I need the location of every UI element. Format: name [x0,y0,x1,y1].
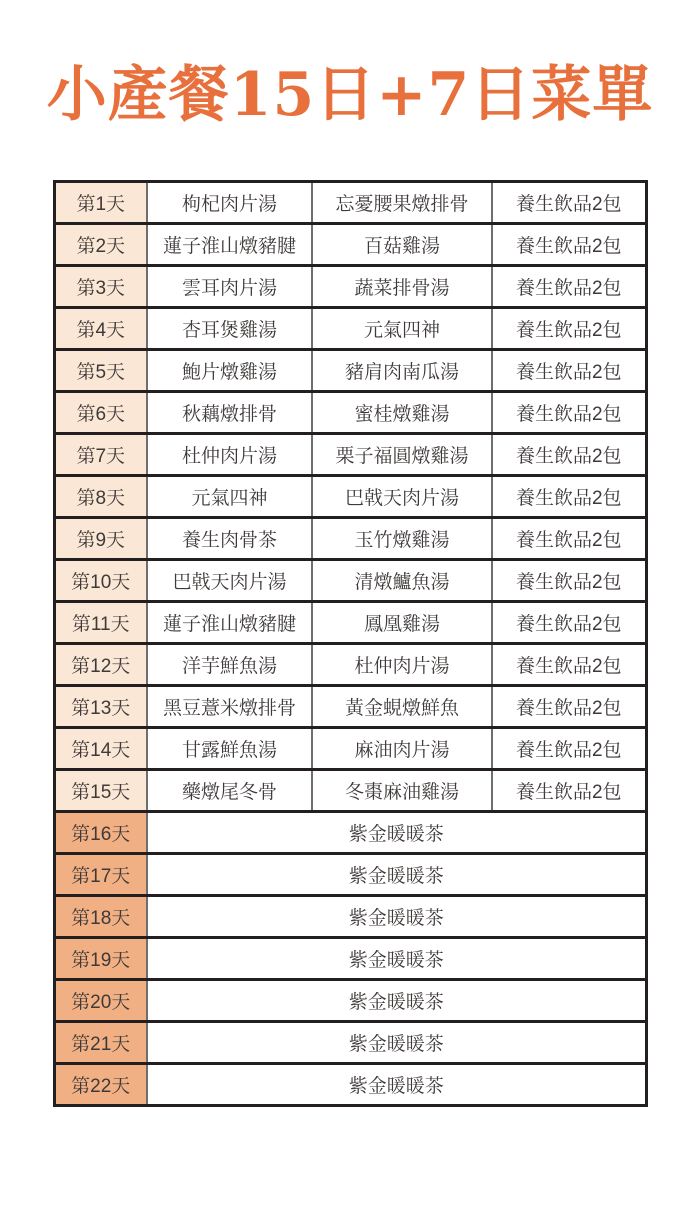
menu-item-cell: 蓮子淮山燉豬腱 [147,602,312,644]
menu-item-cell: 鮑片燉雞湯 [147,350,312,392]
menu-item-cell: 枸杞肉片湯 [147,182,312,224]
day-cell: 第9天 [54,518,147,560]
menu-item-cell: 蔬菜排骨湯 [312,266,492,308]
menu-item-cell: 養生飲品2包 [492,770,646,812]
menu-item-cell: 黃金蜆燉鮮魚 [312,686,492,728]
menu-item-cell: 紫金暖暖茶 [147,980,646,1022]
day-cell: 第22天 [54,1064,147,1106]
day-cell: 第18天 [54,896,147,938]
table-row: 第21天紫金暖暖茶 [54,1022,646,1064]
menu-item-cell: 冬棗麻油雞湯 [312,770,492,812]
day-cell: 第1天 [54,182,147,224]
table-row: 第11天蓮子淮山燉豬腱鳳凰雞湯養生飲品2包 [54,602,646,644]
menu-item-cell: 蜜桂燉雞湯 [312,392,492,434]
menu-table: 第1天枸杞肉片湯忘憂腰果燉排骨養生飲品2包第2天蓮子淮山燉豬腱百菇雞湯養生飲品2… [53,180,648,1107]
menu-item-cell: 忘憂腰果燉排骨 [312,182,492,224]
menu-item-cell: 紫金暖暖茶 [147,1022,646,1064]
table-row: 第1天枸杞肉片湯忘憂腰果燉排骨養生飲品2包 [54,182,646,224]
menu-item-cell: 養生飲品2包 [492,560,646,602]
day-cell: 第7天 [54,434,147,476]
table-row: 第14天甘露鮮魚湯麻油肉片湯養生飲品2包 [54,728,646,770]
menu-item-cell: 元氣四神 [312,308,492,350]
menu-item-cell: 蓮子淮山燉豬腱 [147,224,312,266]
menu-item-cell: 杜仲肉片湯 [312,644,492,686]
table-row: 第7天杜仲肉片湯栗子福圓燉雞湯養生飲品2包 [54,434,646,476]
menu-item-cell: 紫金暖暖茶 [147,896,646,938]
table-row: 第9天養生肉骨茶玉竹燉雞湯養生飲品2包 [54,518,646,560]
menu-item-cell: 養生飲品2包 [492,266,646,308]
table-row: 第12天洋芋鮮魚湯杜仲肉片湯養生飲品2包 [54,644,646,686]
table-row: 第17天紫金暖暖茶 [54,854,646,896]
menu-item-cell: 養生飲品2包 [492,686,646,728]
menu-item-cell: 養生飲品2包 [492,350,646,392]
day-cell: 第19天 [54,938,147,980]
table-row: 第15天藥燉尾冬骨冬棗麻油雞湯養生飲品2包 [54,770,646,812]
table-row: 第8天元氣四神巴戟天肉片湯養生飲品2包 [54,476,646,518]
table-row: 第22天紫金暖暖茶 [54,1064,646,1106]
menu-item-cell: 紫金暖暖茶 [147,854,646,896]
menu-item-cell: 雲耳肉片湯 [147,266,312,308]
table-row: 第10天巴戟天肉片湯清燉鱸魚湯養生飲品2包 [54,560,646,602]
menu-item-cell: 養生飲品2包 [492,182,646,224]
table-row: 第5天鮑片燉雞湯豬肩肉南瓜湯養生飲品2包 [54,350,646,392]
menu-item-cell: 清燉鱸魚湯 [312,560,492,602]
table-row: 第16天紫金暖暖茶 [54,812,646,854]
menu-item-cell: 養生飲品2包 [492,392,646,434]
day-cell: 第21天 [54,1022,147,1064]
day-cell: 第10天 [54,560,147,602]
menu-item-cell: 紫金暖暖茶 [147,812,646,854]
day-cell: 第2天 [54,224,147,266]
menu-item-cell: 元氣四神 [147,476,312,518]
menu-item-cell: 栗子福圓燉雞湯 [312,434,492,476]
menu-item-cell: 秋藕燉排骨 [147,392,312,434]
day-cell: 第11天 [54,602,147,644]
day-cell: 第4天 [54,308,147,350]
day-cell: 第14天 [54,728,147,770]
menu-item-cell: 養生飲品2包 [492,434,646,476]
menu-item-cell: 養生飲品2包 [492,308,646,350]
day-cell: 第6天 [54,392,147,434]
table-row: 第3天雲耳肉片湯蔬菜排骨湯養生飲品2包 [54,266,646,308]
menu-table-body: 第1天枸杞肉片湯忘憂腰果燉排骨養生飲品2包第2天蓮子淮山燉豬腱百菇雞湯養生飲品2… [54,182,646,1106]
day-cell: 第13天 [54,686,147,728]
menu-item-cell: 紫金暖暖茶 [147,1064,646,1106]
day-cell: 第8天 [54,476,147,518]
menu-item-cell: 巴戟天肉片湯 [147,560,312,602]
day-cell: 第5天 [54,350,147,392]
menu-item-cell: 黑豆薏米燉排骨 [147,686,312,728]
day-cell: 第3天 [54,266,147,308]
page-title: 小產餐15日+7日菜單 [0,50,700,140]
table-row: 第20天紫金暖暖茶 [54,980,646,1022]
table-row: 第19天紫金暖暖茶 [54,938,646,980]
menu-item-cell: 養生飲品2包 [492,728,646,770]
menu-item-cell: 杜仲肉片湯 [147,434,312,476]
menu-item-cell: 百菇雞湯 [312,224,492,266]
table-row: 第4天杏耳煲雞湯元氣四神養生飲品2包 [54,308,646,350]
day-cell: 第16天 [54,812,147,854]
menu-item-cell: 洋芋鮮魚湯 [147,644,312,686]
day-cell: 第20天 [54,980,147,1022]
day-cell: 第15天 [54,770,147,812]
day-cell: 第17天 [54,854,147,896]
menu-item-cell: 養生飲品2包 [492,518,646,560]
menu-item-cell: 麻油肉片湯 [312,728,492,770]
menu-item-cell: 鳳凰雞湯 [312,602,492,644]
day-cell: 第12天 [54,644,147,686]
menu-item-cell: 養生飲品2包 [492,224,646,266]
table-row: 第2天蓮子淮山燉豬腱百菇雞湯養生飲品2包 [54,224,646,266]
table-row: 第6天秋藕燉排骨蜜桂燉雞湯養生飲品2包 [54,392,646,434]
menu-item-cell: 養生飲品2包 [492,644,646,686]
menu-item-cell: 養生飲品2包 [492,476,646,518]
menu-item-cell: 紫金暖暖茶 [147,938,646,980]
menu-item-cell: 豬肩肉南瓜湯 [312,350,492,392]
table-row: 第18天紫金暖暖茶 [54,896,646,938]
menu-item-cell: 巴戟天肉片湯 [312,476,492,518]
menu-item-cell: 藥燉尾冬骨 [147,770,312,812]
menu-item-cell: 養生肉骨茶 [147,518,312,560]
menu-page: 小產餐15日+7日菜單 第1天枸杞肉片湯忘憂腰果燉排骨養生飲品2包第2天蓮子淮山… [0,0,700,1212]
menu-item-cell: 玉竹燉雞湯 [312,518,492,560]
menu-item-cell: 甘露鮮魚湯 [147,728,312,770]
menu-item-cell: 杏耳煲雞湯 [147,308,312,350]
table-row: 第13天黑豆薏米燉排骨黃金蜆燉鮮魚養生飲品2包 [54,686,646,728]
menu-item-cell: 養生飲品2包 [492,602,646,644]
